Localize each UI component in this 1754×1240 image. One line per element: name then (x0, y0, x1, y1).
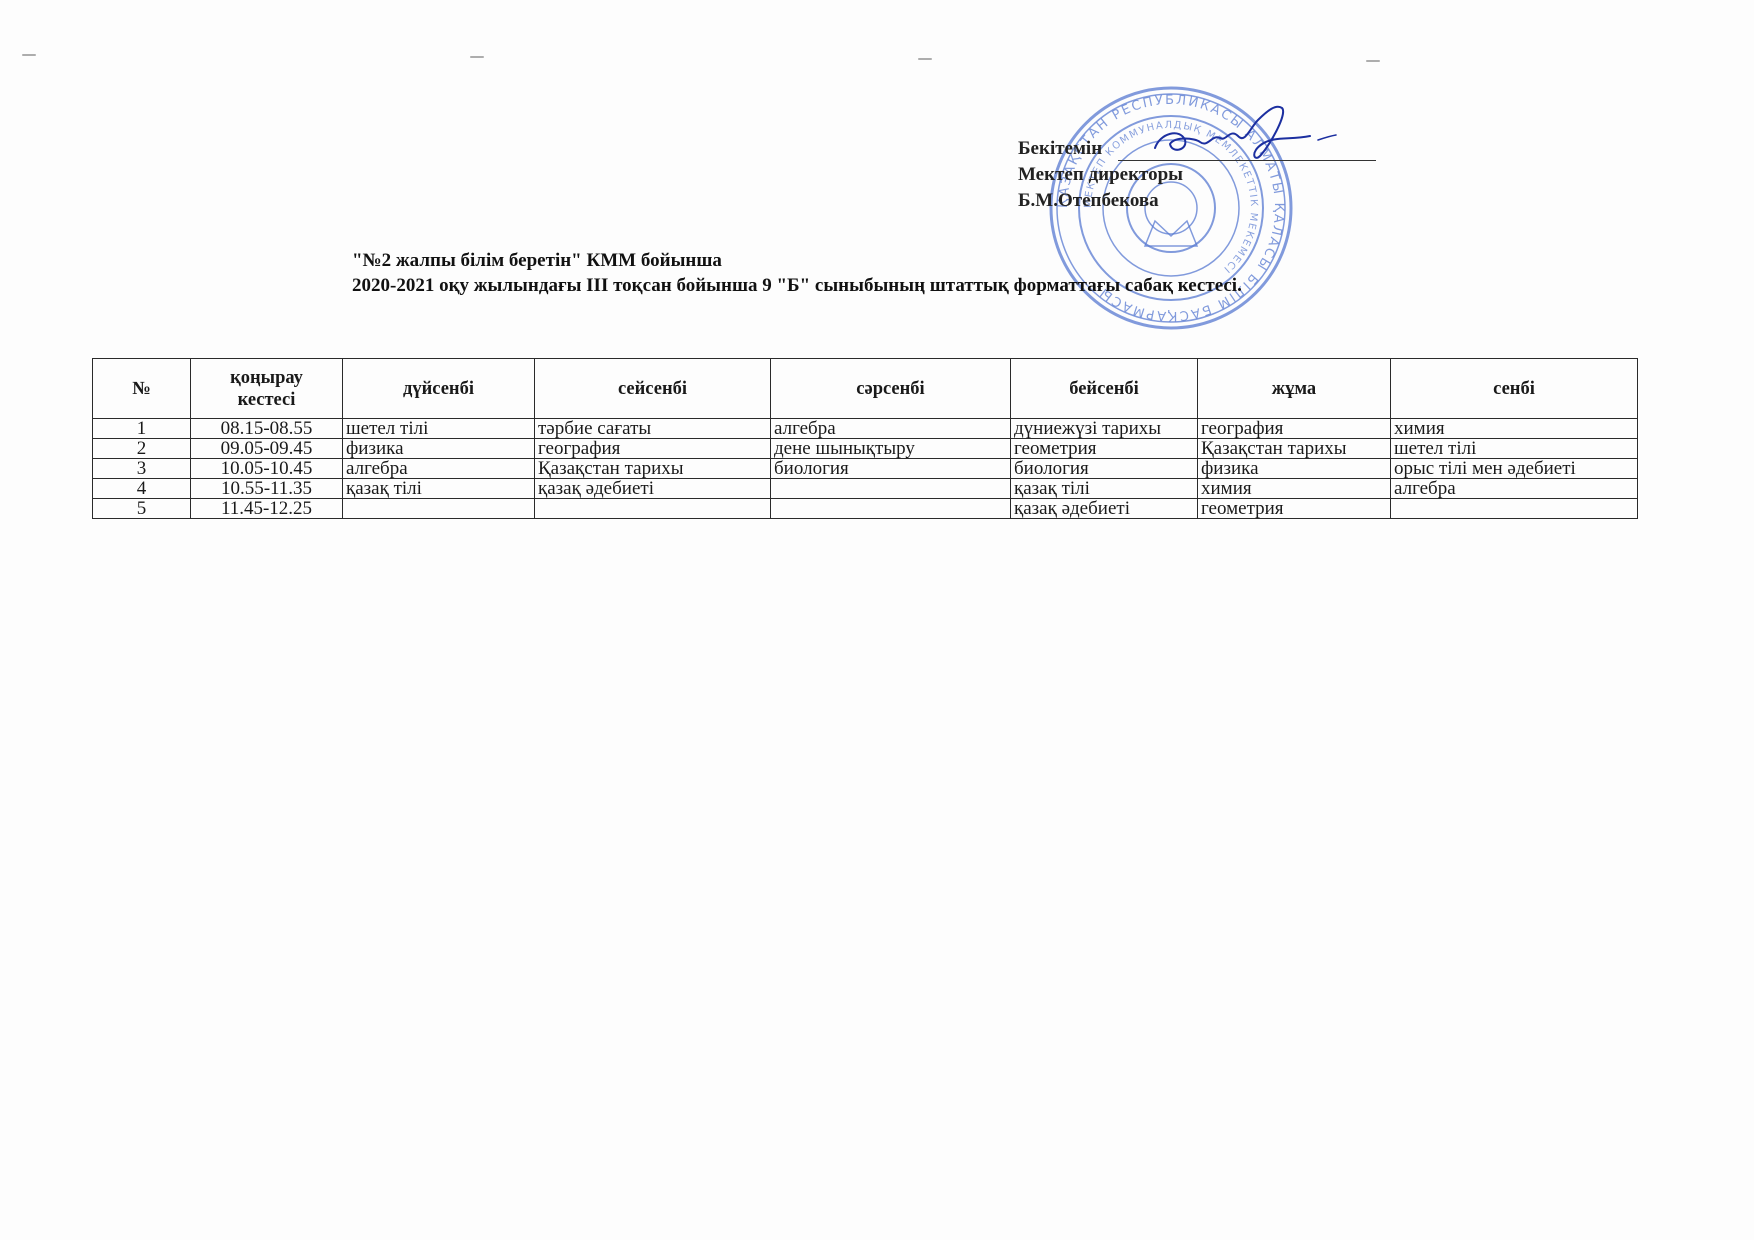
table-row: 410.55-11.35қазақ тіліқазақ әдебиетіқаза… (93, 479, 1638, 499)
header-saturday: сенбі (1391, 359, 1638, 419)
document-title: "№2 жалпы білім беретін" КММ бойынша 202… (352, 248, 1242, 298)
bell-time: 08.15-08.55 (191, 419, 343, 439)
wednesday-lesson: алгебра (771, 419, 1011, 439)
monday-lesson: алгебра (343, 459, 535, 479)
table-row: 209.05-09.45физикагеографиядене шынықтыр… (93, 439, 1638, 459)
bell-time: 11.45-12.25 (191, 499, 343, 519)
scan-artifact (1366, 60, 1380, 62)
wednesday-lesson: биология (771, 459, 1011, 479)
bell-time: 10.05-10.45 (191, 459, 343, 479)
table-row: 310.05-10.45алгебраҚазақстан тарихыбиоло… (93, 459, 1638, 479)
header-friday: жұма (1198, 359, 1391, 419)
monday-lesson: физика (343, 439, 535, 459)
friday-lesson: Қазақстан тарихы (1198, 439, 1391, 459)
lesson-number: 1 (93, 419, 191, 439)
tuesday-lesson (535, 499, 771, 519)
table-header-row: № қоңырау кестесі дүйсенбі сейсенбі сәрс… (93, 359, 1638, 419)
wednesday-lesson: дене шынықтыру (771, 439, 1011, 459)
schedule-table: № қоңырау кестесі дүйсенбі сейсенбі сәрс… (92, 358, 1638, 519)
lesson-number: 4 (93, 479, 191, 499)
friday-lesson: геометрия (1198, 499, 1391, 519)
lesson-number: 3 (93, 459, 191, 479)
thursday-lesson: қазақ тілі (1011, 479, 1198, 499)
lesson-number: 2 (93, 439, 191, 459)
bell-time: 10.55-11.35 (191, 479, 343, 499)
tuesday-lesson: қазақ әдебиеті (535, 479, 771, 499)
lesson-number: 5 (93, 499, 191, 519)
scan-artifact (22, 54, 36, 56)
scan-artifact (470, 56, 484, 58)
bell-time: 09.05-09.45 (191, 439, 343, 459)
monday-lesson: қазақ тілі (343, 479, 535, 499)
director-name: Б.М.Отепбекова (1018, 188, 1183, 214)
wednesday-lesson (771, 479, 1011, 499)
saturday-lesson: шетел тілі (1391, 439, 1638, 459)
header-bell-schedule: қоңырау кестесі (191, 359, 343, 419)
thursday-lesson: геометрия (1011, 439, 1198, 459)
header-tuesday: сейсенбі (535, 359, 771, 419)
title-line-2: 2020-2021 оқу жылындағы III тоқсан бойын… (352, 273, 1242, 298)
header-number: № (93, 359, 191, 419)
monday-lesson: шетел тілі (343, 419, 535, 439)
scan-artifact (918, 58, 932, 60)
tuesday-lesson: Қазақстан тарихы (535, 459, 771, 479)
signature-icon (1150, 98, 1340, 168)
saturday-lesson (1391, 499, 1638, 519)
saturday-lesson: алгебра (1391, 479, 1638, 499)
monday-lesson (343, 499, 535, 519)
friday-lesson: физика (1198, 459, 1391, 479)
friday-lesson: география (1198, 419, 1391, 439)
thursday-lesson: дүниежүзі тарихы (1011, 419, 1198, 439)
tuesday-lesson: тәрбие сағаты (535, 419, 771, 439)
wednesday-lesson (771, 499, 1011, 519)
header-wednesday: сәрсенбі (771, 359, 1011, 419)
thursday-lesson: биология (1011, 459, 1198, 479)
title-line-1: "№2 жалпы білім беретін" КММ бойынша (352, 248, 1242, 273)
tuesday-lesson: география (535, 439, 771, 459)
header-monday: дүйсенбі (343, 359, 535, 419)
table-row: 511.45-12.25қазақ әдебиетігеометрия (93, 499, 1638, 519)
saturday-lesson: химия (1391, 419, 1638, 439)
table-row: 108.15-08.55шетел тілітәрбие сағатыалгеб… (93, 419, 1638, 439)
saturday-lesson: орыс тілі мен әдебиеті (1391, 459, 1638, 479)
friday-lesson: химия (1198, 479, 1391, 499)
header-thursday: бейсенбі (1011, 359, 1198, 419)
thursday-lesson: қазақ әдебиеті (1011, 499, 1198, 519)
